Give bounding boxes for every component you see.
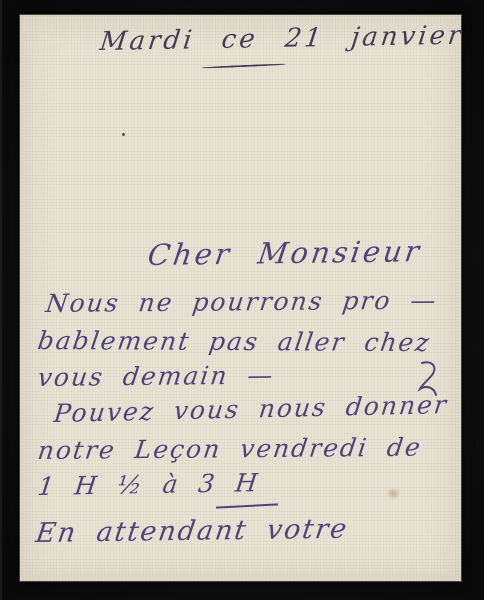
letter-paper: Mardi ce 21 janvier Cher Monsieur Nous n… [20, 15, 461, 581]
body-line-4: Pouvez vous nous donner [53, 392, 450, 426]
body-line-3: vous demain — [36, 363, 276, 391]
paper-stain [386, 487, 401, 500]
body-line-5: notre Leçon vendredi de [36, 435, 423, 463]
date-line: Mardi ce 21 janvier [98, 23, 465, 55]
paper-speck [122, 133, 125, 136]
body-line-7: En attendant votre [34, 516, 350, 547]
body-line-2: bablement pas aller chez [36, 328, 432, 355]
salutation: Cher Monsieur [146, 237, 424, 270]
body-line-6: 1 H ½ à 3 H [36, 470, 260, 499]
date-underline-flourish [202, 63, 286, 69]
letter-photograph: Mardi ce 21 janvier Cher Monsieur Nous n… [0, 0, 484, 600]
body-line-1: Nous ne pourrons pro — [44, 288, 439, 316]
time-underline-flourish [216, 503, 278, 508]
